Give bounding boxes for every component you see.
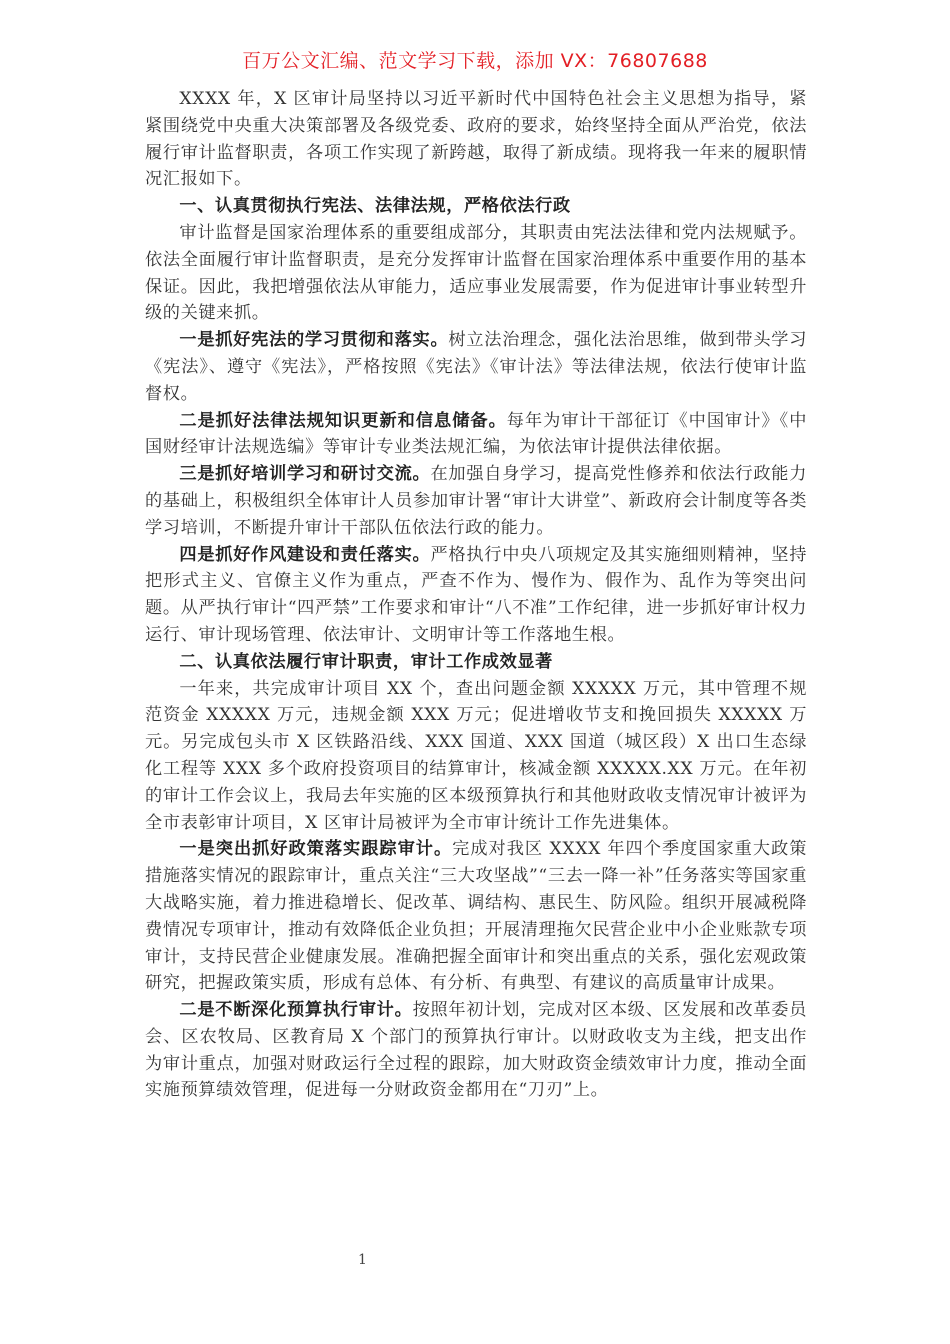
paragraph-lead: 一是突出抓好政策落实跟踪审计。 — [179, 839, 452, 859]
paragraph: 一是突出抓好政策落实跟踪审计。完成对我区 XXXX 年四个季度国家重大政策措施落… — [145, 836, 807, 997]
paragraph: 一是抓好宪法的学习贯彻和落实。树立法治理念，强化法治思维，做到带头学习《宪法》、… — [145, 327, 807, 407]
document-body: XXXX 年，X 区审计局坚持以习近平新时代中国特色社会主义思想为指导，紧紧围绕… — [145, 86, 807, 1104]
paragraph-text: 一年来，共完成审计项目 XX 个，查出问题金额 XXXXX 万元，其中管理不规范… — [145, 679, 807, 833]
paragraph: 三是抓好培训学习和研讨交流。在加强自身学习，提高党性修养和依法行政能力的基础上，… — [145, 461, 807, 541]
intro-paragraph: XXXX 年，X 区审计局坚持以习近平新时代中国特色社会主义思想为指导，紧紧围绕… — [145, 86, 807, 193]
paragraph-lead: 二是不断深化预算执行审计。 — [179, 1000, 412, 1020]
heading-text: 二、认真依法履行审计职责，审计工作成效显著 — [179, 652, 553, 672]
heading-text: 一、认真贯彻执行宪法、法律法规，严格依法行政 — [179, 196, 570, 216]
section-heading-1: 一、认真贯彻执行宪法、法律法规，严格依法行政 — [145, 193, 807, 220]
paragraph-text: XXXX 年，X 区审计局坚持以习近平新时代中国特色社会主义思想为指导，紧紧围绕… — [145, 89, 807, 189]
paragraph: 二是抓好法律法规知识更新和信息储备。每年为审计干部征订《中国审计》《中国财经审计… — [145, 408, 807, 462]
paragraph-text: 审计监督是国家治理体系的重要组成部分，其职责由宪法法律和党内法规赋予。依法全面履… — [145, 223, 807, 323]
paragraph: 一年来，共完成审计项目 XX 个，查出问题金额 XXXXX 万元，其中管理不规范… — [145, 676, 807, 837]
paragraph-text: 完成对我区 XXXX 年四个季度国家重大政策措施落实情况的跟踪审计，重点关注“三… — [145, 839, 807, 993]
paragraph-lead: 三是抓好培训学习和研讨交流。 — [179, 464, 430, 484]
paragraph-lead: 一是抓好宪法的学习贯彻和落实。 — [179, 330, 448, 350]
paragraph: 审计监督是国家治理体系的重要组成部分，其职责由宪法法律和党内法规赋予。依法全面履… — [145, 220, 807, 327]
page-number: 1 — [358, 1252, 367, 1268]
section-heading-2: 二、认真依法履行审计职责，审计工作成效显著 — [145, 649, 807, 676]
paragraph: 四是抓好作风建设和责任落实。严格执行中央八项规定及其实施细则精神，坚持把形式主义… — [145, 542, 807, 649]
paragraph-lead: 四是抓好作风建设和责任落实。 — [179, 545, 430, 565]
paragraph-lead: 二是抓好法律法规知识更新和信息储备。 — [179, 411, 506, 431]
watermark-header: 百万公文汇编、范文学习下载，添加 VX：76807688 — [0, 46, 950, 73]
paragraph: 二是不断深化预算执行审计。按照年初计划，完成对区本级、区发展和改革委员会、区农牧… — [145, 997, 807, 1104]
